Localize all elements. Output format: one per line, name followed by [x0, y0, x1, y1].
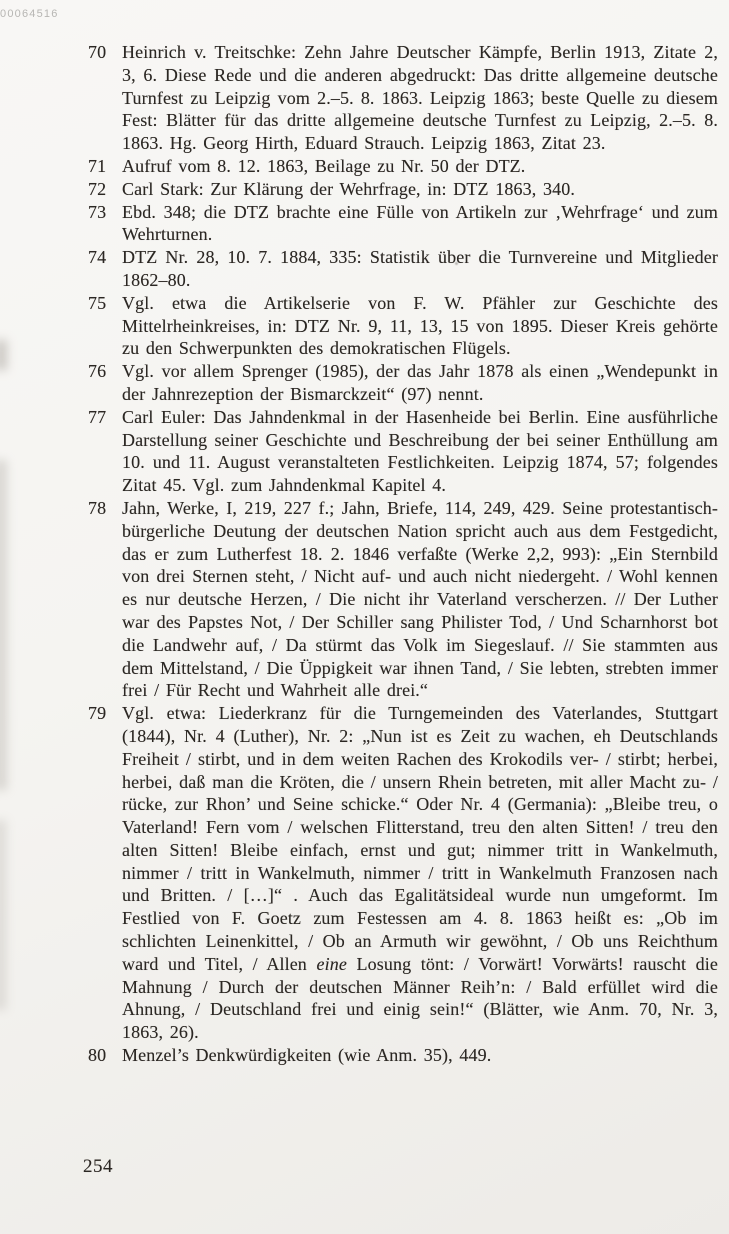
endnote-70: 70Heinrich v. Treitschke: Zehn Jahre Deu… [88, 41, 718, 155]
scan-edge-smudge [0, 460, 7, 790]
scanned-book-page: { "colors":{ "paper":"#f5f4f1", "paper-d… [0, 0, 729, 1234]
endnote-text: Carl Stark: Zur Klärung der Wehrfrage, i… [122, 178, 718, 201]
endnote-text: Carl Euler: Das Jahndenkmal in der Hasen… [122, 406, 718, 497]
endnote-text: Vgl. etwa: Liederkranz für die Turngemei… [122, 702, 718, 1044]
endnote-number: 74 [88, 246, 111, 269]
endnote-number: 76 [88, 360, 111, 383]
endnote-text: Heinrich v. Treitschke: Zehn Jahre Deuts… [122, 41, 718, 155]
endnote-text: Aufruf vom 8. 12. 1863, Beilage zu Nr. 5… [122, 155, 718, 178]
scan-edge-smudge [0, 820, 6, 1010]
page-number: 254 [83, 1156, 113, 1178]
endnote-71: 71Aufruf vom 8. 12. 1863, Beilage zu Nr.… [88, 155, 718, 178]
endnote-75: 75Vgl. etwa die Artikelserie von F. W. P… [88, 292, 718, 360]
endnote-number: 78 [88, 497, 111, 520]
endnote-74: 74DTZ Nr. 28, 10. 7. 1884, 335: Statisti… [88, 246, 718, 292]
endnote-number: 79 [88, 702, 111, 725]
endnote-text: Ebd. 348; die DTZ brachte eine Fülle von… [122, 201, 718, 247]
endnote-72: 72Carl Stark: Zur Klärung der Wehrfrage,… [88, 178, 718, 201]
endnote-number: 75 [88, 292, 111, 315]
endnote-77: 77Carl Euler: Das Jahndenkmal in der Has… [88, 406, 718, 497]
endnote-79: 79Vgl. etwa: Liederkranz für die Turngem… [88, 702, 718, 1044]
scan-id-stamp: 00064516 [0, 8, 59, 20]
endnote-text: Vgl. vor allem Sprenger (1985), der das … [122, 360, 718, 406]
endnote-number: 77 [88, 406, 111, 429]
endnote-number: 80 [88, 1044, 111, 1067]
endnote-78: 78Jahn, Werke, I, 219, 227 f.; Jahn, Bri… [88, 497, 718, 702]
endnote-number: 73 [88, 201, 111, 224]
endnote-text: Jahn, Werke, I, 219, 227 f.; Jahn, Brief… [122, 497, 718, 702]
endnote-73: 73Ebd. 348; die DTZ brachte eine Fülle v… [88, 201, 718, 247]
endnote-number: 72 [88, 178, 111, 201]
endnote-text: Menzel’s Denkwürdigkeiten (wie Anm. 35),… [122, 1044, 718, 1067]
endnote-80: 80Menzel’s Denkwürdigkeiten (wie Anm. 35… [88, 1044, 718, 1067]
endnote-number: 70 [88, 41, 111, 64]
endnote-text: Vgl. etwa die Artikelserie von F. W. Pfä… [122, 292, 718, 360]
endnotes-list: 70Heinrich v. Treitschke: Zehn Jahre Deu… [88, 41, 718, 1067]
scan-edge-smudge [0, 340, 7, 370]
endnote-text: DTZ Nr. 28, 10. 7. 1884, 335: Statistik … [122, 246, 718, 292]
endnote-number: 71 [88, 155, 111, 178]
scan-speck [455, 262, 458, 265]
endnote-76: 76Vgl. vor allem Sprenger (1985), der da… [88, 360, 718, 406]
